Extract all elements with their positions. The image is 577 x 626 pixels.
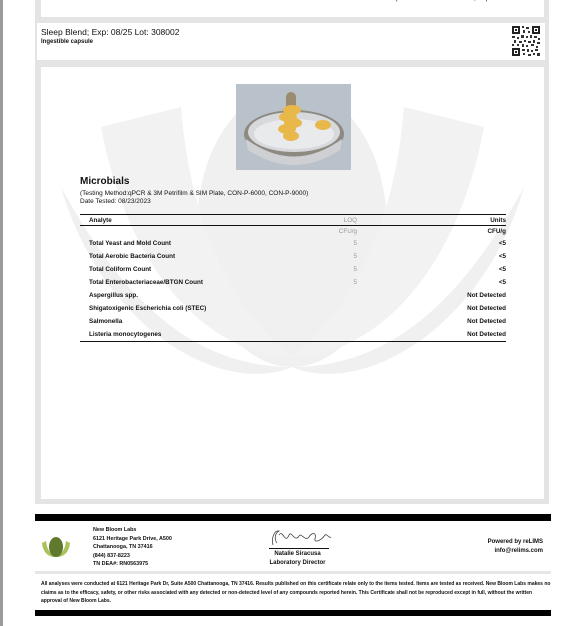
signer-title: Laboratory Director [255,559,340,568]
footer-bottom-bar [35,610,551,616]
lab-address-2: Chattanooga, TN 37416 [93,543,172,552]
loq-cell: 5 [288,276,357,289]
unit-row: CFU/g CFU/g [80,226,506,238]
loq-cell [288,328,357,342]
analyte-cell: Listeria monocytogenes [80,328,288,342]
table-row: Total Yeast and Mold Count5<5 [80,237,506,250]
lab-info: New Bloom Labs 6121 Heritage Park Drive,… [93,526,172,569]
disclaimer-text: All analyses were conducted at 6121 Heri… [41,580,551,606]
footer: New Bloom Labs 6121 Heritage Park Drive,… [35,521,551,571]
result-cell: Not Detected [357,289,506,302]
result-cell: Not Detected [357,315,506,328]
table-row: Total Enterobacteriaceae/BTGN Count5<5 [80,276,506,289]
footer-top-bar [35,514,551,521]
loq-unit: CFU/g [288,226,357,238]
date-tested: Date Tested: 08/23/2023 [80,198,506,205]
loq-cell: 5 [288,237,357,250]
report-header-card: ... Report Created: 08/28/2023; Expires:… [41,0,544,17]
analyte-cell: Shigatoxigenic Escherichia coli (STEC) [80,302,288,315]
powered-by-text: Powered by reLIMS [488,538,543,547]
result-cell: <5 [357,263,506,276]
header-left-text: ... [45,0,51,2]
report-dates: Report Created: 08/28/2023; Expires: 08/… [387,0,540,2]
sample-type: Ingestible capsule [41,39,93,45]
result-cell: <5 [357,276,506,289]
sample-title: Sleep Blend; Exp: 08/25 Lot: 308002 [41,27,179,37]
table-row: Aspergillus spp.Not Detected [80,289,506,302]
sample-info-card: Sleep Blend; Exp: 08/25 Lot: 308002 Inge… [37,23,545,60]
column-header-loq: LOQ [288,215,357,226]
table-row: Total Coliform Count5<5 [80,263,506,276]
analyte-cell: Aspergillus spp. [80,289,288,302]
lab-dea: TN DEA#: RN0563975 [93,560,172,569]
table-row: SalmonellaNot Detected [80,315,506,328]
lab-name: New Bloom Labs [93,526,172,535]
results-card: Microbials (Testing Method:qPCR & 3M Pet… [41,67,544,499]
analyte-cell: Total Yeast and Mold Count [80,237,288,250]
result-cell: Not Detected [357,328,506,342]
sample-photo [236,84,351,170]
table-row: Listeria monocytogenesNot Detected [80,328,506,342]
analyte-cell: Total Aerobic Bacteria Count [80,250,288,263]
section-heading: Microbials [80,176,506,187]
analyte-cell: Total Enterobacteriaceae/BTGN Count [80,276,288,289]
loq-cell [288,302,357,315]
powered-by-block: Powered by reLIMS info@relims.com [488,538,543,556]
footer-divider [35,571,551,574]
testing-method: (Testing Method:qPCR & 3M Petrifilm & SI… [80,190,506,197]
table-row: Shigatoxigenic Escherichia coli (STEC)No… [80,302,506,315]
window-left-edge [0,0,3,626]
signer-block: Natalie Siracusa Laboratory Director [255,550,340,568]
lab-phone: (844) 837-8223 [93,552,172,561]
result-cell: <5 [357,250,506,263]
loq-cell: 5 [288,250,357,263]
column-header-units: Units [357,215,506,226]
loq-cell [288,289,357,302]
signature-icon [265,527,335,547]
qr-code-icon[interactable] [511,25,541,57]
analyte-cell: Salmonella [80,315,288,328]
result-cell: Not Detected [357,302,506,315]
loq-cell [288,315,357,328]
new-bloom-labs-logo-icon [41,535,71,559]
microbials-section: Microbials (Testing Method:qPCR & 3M Pet… [80,176,506,205]
contact-email-link[interactable]: info@relims.com [488,547,543,556]
microbials-table: Analyte LOQ Units CFU/g CFU/g Total Yeas… [80,214,506,342]
lab-address-1: 6121 Heritage Park Drive, A500 [93,535,172,544]
result-unit: CFU/g [357,226,506,238]
signature-line [269,548,329,549]
loq-cell: 5 [288,263,357,276]
table-row: Total Aerobic Bacteria Count5<5 [80,250,506,263]
analyte-cell: Total Coliform Count [80,263,288,276]
column-header-analyte: Analyte [80,215,288,226]
result-cell: <5 [357,237,506,250]
signer-name: Natalie Siracusa [255,550,340,559]
